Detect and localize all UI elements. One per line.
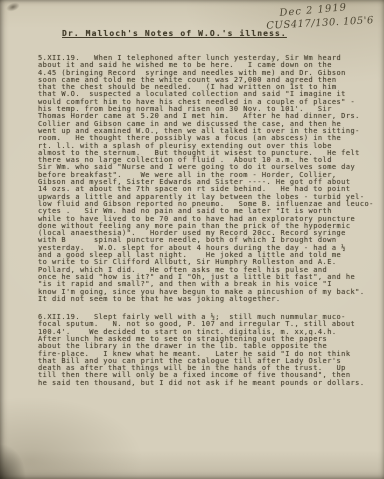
typed-line: It did not seem to be that he was joking… bbox=[38, 296, 362, 303]
page-title: Dr. Malloch's Notes of W.O.'s illness. bbox=[62, 29, 287, 38]
document-page: Dec 2 1919 CUS417/130. 105'6 Dr. Malloch… bbox=[0, 0, 384, 479]
typed-text: 5.XII.19. When I telephoned after lunch … bbox=[38, 55, 362, 398]
paper-edge-stain bbox=[0, 441, 28, 479]
paragraph: 6.XII.19. Slept fairly well with a ½; st… bbox=[38, 314, 362, 387]
paragraph: 5.XII.19. When I telephoned after lunch … bbox=[38, 55, 362, 303]
paper-corner-mark bbox=[5, 1, 21, 13]
typed-line: he said ten thousand, but I did not ask … bbox=[38, 380, 362, 387]
